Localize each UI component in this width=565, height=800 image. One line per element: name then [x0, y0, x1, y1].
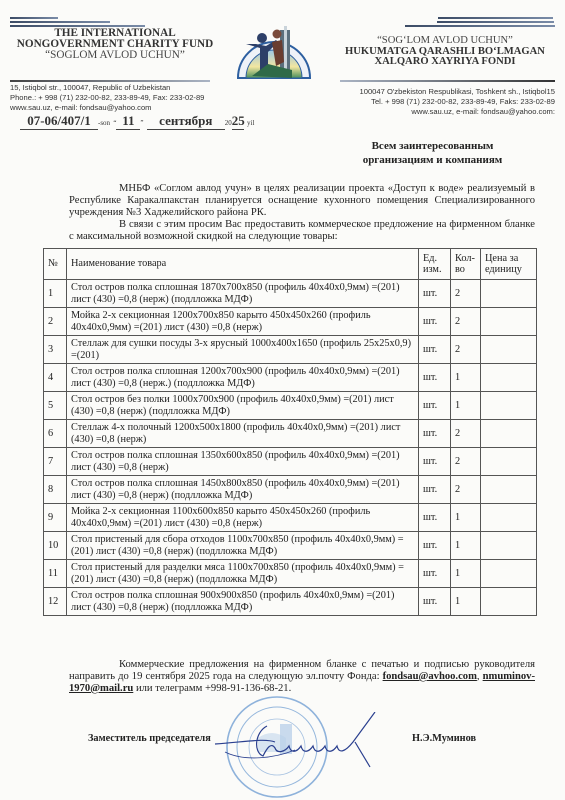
table-row: 5Стол остров без полки 1000x700x900 (про… — [44, 392, 537, 420]
cell-unit: шт. — [419, 588, 451, 616]
reference-line: 07-06/407/1-son “11” сентября2025 yil — [20, 113, 254, 130]
cell-no: 5 — [44, 392, 67, 420]
cell-qty: 1 — [451, 504, 481, 532]
cell-price — [481, 420, 537, 448]
header-qty: Кол-во — [451, 249, 481, 280]
cell-unit: шт. — [419, 392, 451, 420]
son-label: -son — [98, 119, 110, 127]
cell-name: Стеллаж 4-х полочный 1200x500x1800 (проф… — [67, 420, 419, 448]
year-prefix: 20 — [225, 119, 232, 127]
web-uz: www.sau.uz, e-mail: fondsau@yahoo.com: — [360, 107, 556, 117]
cell-price — [481, 336, 537, 364]
cell-qty: 2 — [451, 308, 481, 336]
cell-unit: шт. — [419, 560, 451, 588]
signatory-title: Заместитель председателя — [88, 733, 211, 744]
cell-unit: шт. — [419, 532, 451, 560]
table-row: 1Стол остров полка сплошная 1870x700x850… — [44, 280, 537, 308]
cell-price — [481, 392, 537, 420]
cell-price — [481, 280, 537, 308]
reference-month: сентября — [147, 113, 225, 130]
cell-no: 3 — [44, 336, 67, 364]
table-row: 7Стол остров полка сплошная 1350x600x850… — [44, 448, 537, 476]
table-row: 8Стол остров полка сплошная 1450x800x850… — [44, 476, 537, 504]
table-row: 6Стеллаж 4-х полочный 1200x500x1800 (про… — [44, 420, 537, 448]
cell-no: 12 — [44, 588, 67, 616]
cell-no: 4 — [44, 364, 67, 392]
closing-telegram: или телеграмм +998-91-136-68-21. — [133, 683, 291, 694]
cell-unit: шт. — [419, 336, 451, 364]
cell-price — [481, 560, 537, 588]
address-en: 15, Istiqbol str., 100047, Republic of U… — [10, 83, 204, 93]
table-row: 3Стеллаж для сушки посуды 3-х ярусный 10… — [44, 336, 537, 364]
cell-qty: 1 — [451, 560, 481, 588]
decor-bar — [438, 17, 553, 19]
cell-no: 9 — [44, 504, 67, 532]
table-header-row: № Наименование товара Ед. изм. Кол-во Це… — [44, 249, 537, 280]
cell-unit: шт. — [419, 504, 451, 532]
items-table: № Наименование товара Ед. изм. Кол-во Це… — [43, 248, 537, 616]
cell-name: Стол остров полка сплошная 1350x600x850 … — [67, 448, 419, 476]
table-row: 9Мойка 2-х секционная 1100x600x850 карыт… — [44, 504, 537, 532]
cell-name: Мойка 2-х секционная 1100x600x850 карыто… — [67, 504, 419, 532]
org-name-uz-3: XALQARO XAYRIYA FONDI — [325, 57, 565, 68]
yil-label: yil — [247, 119, 254, 127]
cell-unit: шт. — [419, 420, 451, 448]
cell-price — [481, 364, 537, 392]
addressee-line-2: организациям и компаниям — [340, 153, 525, 167]
letterhead-left: THE INTERNATIONAL NONGOVERNMENT CHARITY … — [0, 28, 230, 61]
address-divider — [340, 80, 555, 82]
table-row: 12Стол остров полка сплошная 900x900x850… — [44, 588, 537, 616]
cell-unit: шт. — [419, 280, 451, 308]
header-unit: Ед. изм. — [419, 249, 451, 280]
fund-logo-icon — [232, 2, 316, 82]
decor-bar — [10, 17, 58, 19]
cell-name: Стол остров полка сплошная 900x900x850 (… — [67, 588, 419, 616]
web-en: www.sau.uz, e-mail: fondsau@yahoo.com — [10, 103, 204, 113]
cell-qty: 2 — [451, 336, 481, 364]
cell-qty: 2 — [451, 280, 481, 308]
cell-qty: 1 — [451, 392, 481, 420]
cell-name: Стол остров полка сплошная 1450x800x850 … — [67, 476, 419, 504]
address-divider — [10, 80, 210, 82]
header-no: № — [44, 249, 67, 280]
cell-no: 8 — [44, 476, 67, 504]
cell-no: 1 — [44, 280, 67, 308]
cell-price — [481, 504, 537, 532]
table-row: 11Стол пристеный для разделки мяса 1100x… — [44, 560, 537, 588]
reference-year: 25 — [232, 113, 244, 130]
header-name: Наименование товара — [67, 249, 419, 280]
cell-no: 10 — [44, 532, 67, 560]
org-name-uz-1: “SOG‘LOM AVLOD UCHUN” — [325, 36, 565, 47]
cell-name: Стол остров полка сплошная 1200x700x900 … — [67, 364, 419, 392]
letterhead-right: “SOG‘LOM AVLOD UCHUN” HUKUMATGA QARASHLI… — [325, 36, 565, 68]
cell-no: 6 — [44, 420, 67, 448]
header-price: Цена за единицу — [481, 249, 537, 280]
address-right: 100047 O'zbekiston Respublikasi, Toshken… — [360, 87, 556, 117]
cell-name: Мойка 2-х секционная 1200x700x850 карыто… — [67, 308, 419, 336]
table-row: 2Мойка 2-х секционная 1200x700x850 карыт… — [44, 308, 537, 336]
cell-name: Стол пристеный для сбора отходов 1100x70… — [67, 532, 419, 560]
body-paragraph-1: МНБФ «Соглом авлод учун» в целях реализа… — [69, 183, 535, 218]
cell-qty: 1 — [451, 364, 481, 392]
reference-day: 11 — [116, 113, 140, 130]
cell-qty: 2 — [451, 448, 481, 476]
cell-unit: шт. — [419, 364, 451, 392]
cell-no: 11 — [44, 560, 67, 588]
cell-price — [481, 308, 537, 336]
address-uz: 100047 O'zbekiston Respublikasi, Toshken… — [360, 87, 556, 97]
cell-price — [481, 588, 537, 616]
cell-unit: шт. — [419, 448, 451, 476]
cell-qty: 2 — [451, 420, 481, 448]
addressee-line-1: Всем заинтересованным — [340, 139, 525, 153]
phone-uz: Tel. + 998 (71) 232-00-82, 233-89-49, Fa… — [360, 97, 556, 107]
cell-no: 2 — [44, 308, 67, 336]
body-paragraph-2: В связи с этим просим Вас предоставить к… — [69, 219, 535, 243]
closing-paragraph: Коммерческие предложения на фирменном бл… — [69, 659, 535, 694]
cell-price — [481, 532, 537, 560]
table-row: 4Стол остров полка сплошная 1200x700x900… — [44, 364, 537, 392]
cell-name: Стол остров полка сплошная 1870x700x850 … — [67, 280, 419, 308]
decor-bar — [437, 21, 554, 23]
signature-icon — [205, 712, 385, 772]
cell-name: Стол пристеный для разделки мяса 1100x70… — [67, 560, 419, 588]
addressee: Всем заинтересованным организациям и ком… — [340, 139, 525, 167]
reference-number: 07-06/407/1 — [20, 113, 98, 130]
cell-price — [481, 476, 537, 504]
cell-qty: 1 — [451, 588, 481, 616]
cell-price — [481, 448, 537, 476]
signatory-name: Н.Э.Муминов — [412, 733, 476, 744]
cell-unit: шт. — [419, 308, 451, 336]
decor-bar — [405, 25, 555, 27]
cell-no: 7 — [44, 448, 67, 476]
cell-qty: 2 — [451, 476, 481, 504]
email-link-1[interactable]: fondsau@avhoo.com — [383, 671, 477, 682]
phone-en: Phone.: + 998 (71) 232-00-82, 233-89-49,… — [10, 93, 204, 103]
org-name-en-3: “SOGLOM AVLOD UCHUN” — [0, 50, 230, 61]
table-row: 10Стол пристеный для сбора отходов 1100x… — [44, 532, 537, 560]
decor-bar — [10, 21, 110, 23]
cell-qty: 1 — [451, 532, 481, 560]
cell-name: Стеллаж для сушки посуды 3-х ярусный 100… — [67, 336, 419, 364]
cell-name: Стол остров без полки 1000x700x900 (проф… — [67, 392, 419, 420]
cell-unit: шт. — [419, 476, 451, 504]
address-left: 15, Istiqbol str., 100047, Republic of U… — [10, 83, 204, 113]
